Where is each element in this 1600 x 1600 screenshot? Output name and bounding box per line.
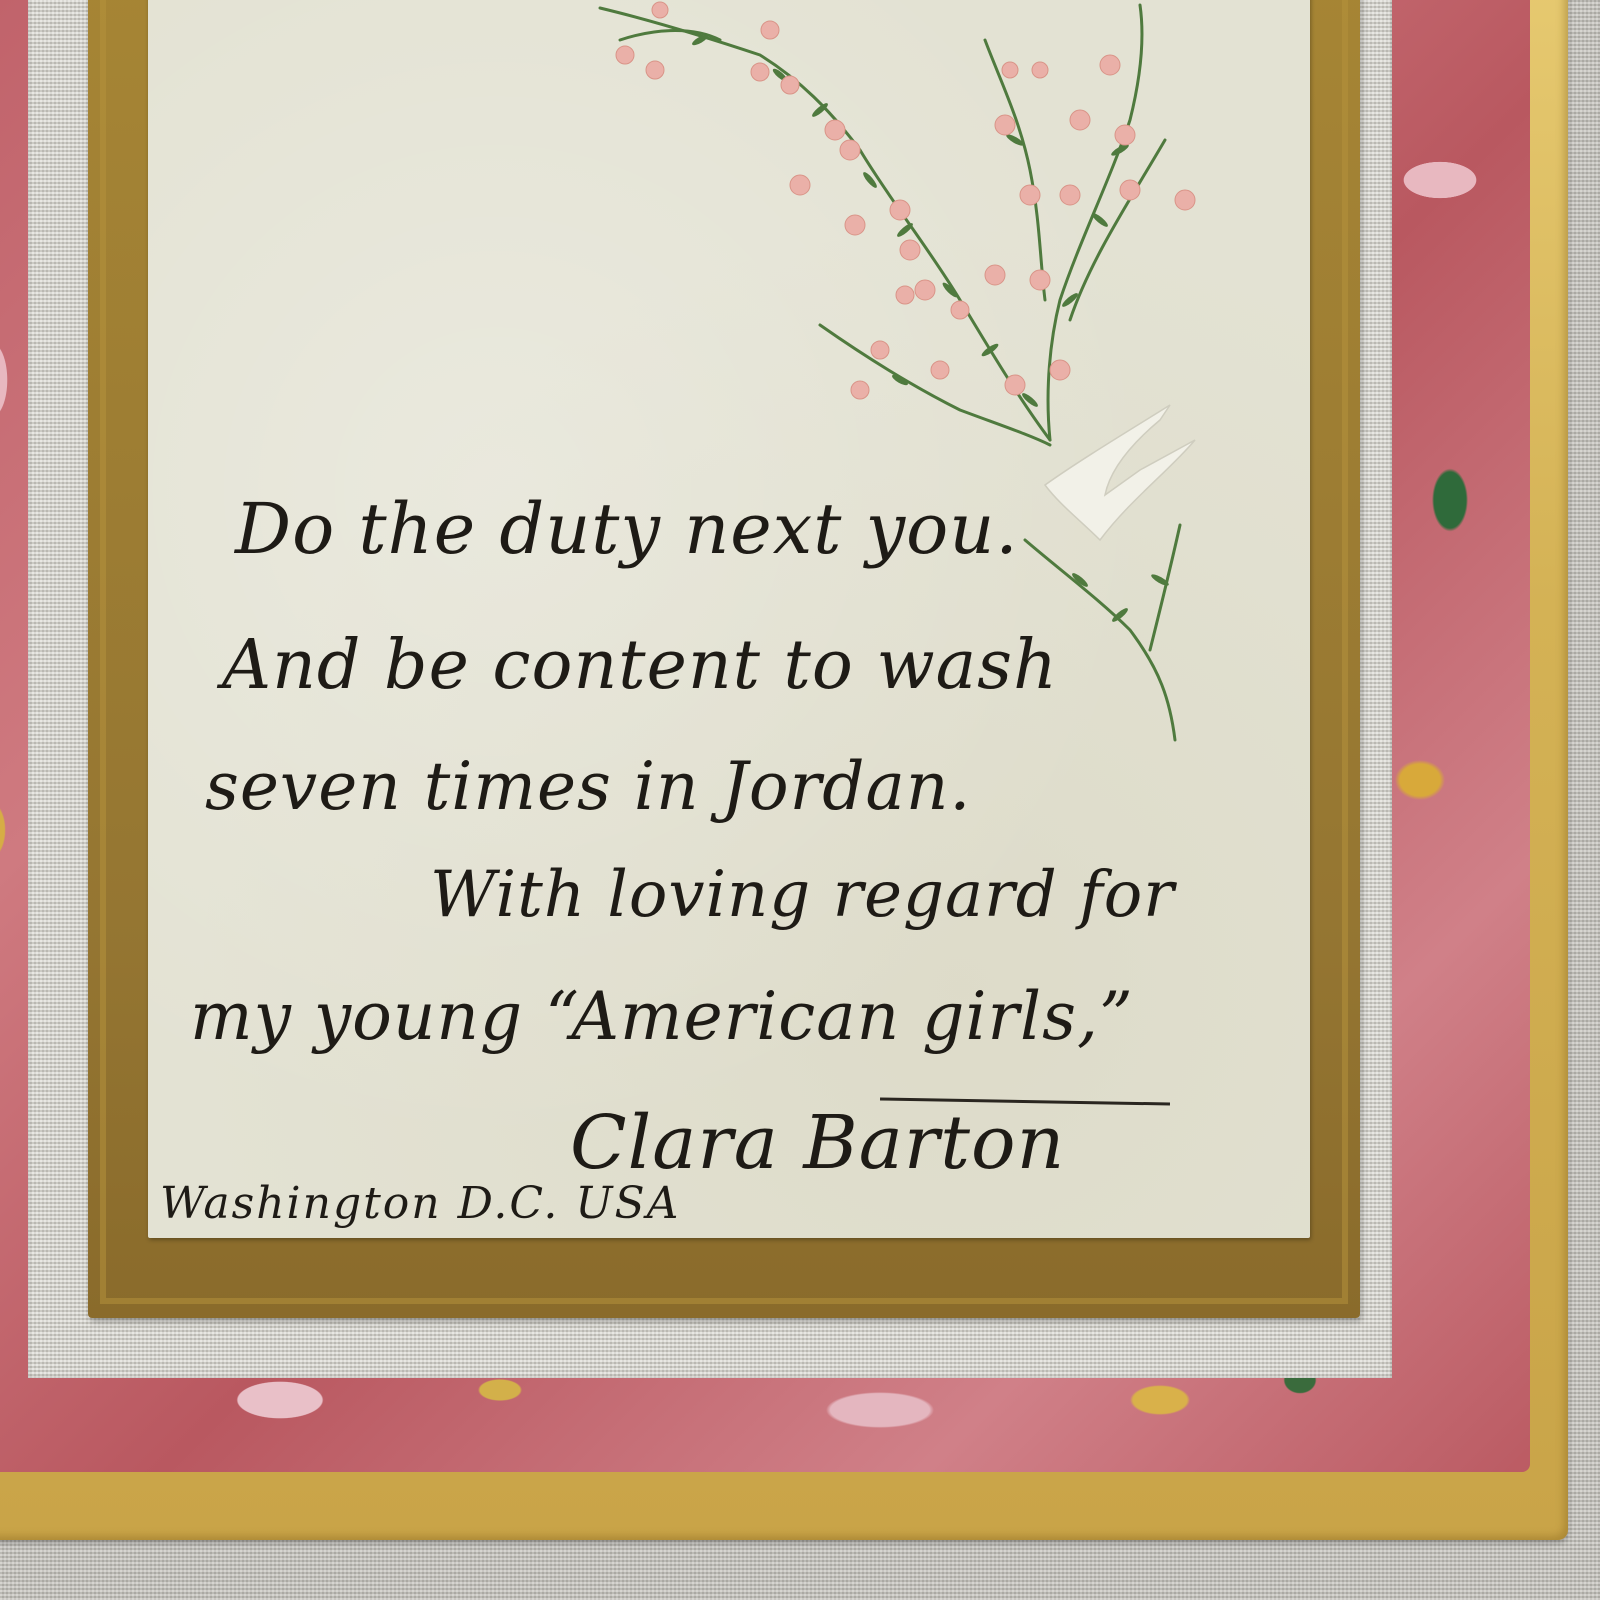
card-line-1: Do the duty next you. — [235, 488, 1019, 570]
card-line-3: seven times in Jordan. — [205, 748, 971, 825]
card-line-5: my young “American girls,” — [190, 978, 1134, 1055]
embossed-ribbon-icon — [1045, 405, 1195, 540]
signature: Clara Barton — [570, 1100, 1065, 1186]
place-line: Washington D.C. USA — [160, 1178, 680, 1229]
card-line-4: With loving regard for — [430, 858, 1175, 932]
card-line-2: And be content to wash — [222, 626, 1058, 705]
